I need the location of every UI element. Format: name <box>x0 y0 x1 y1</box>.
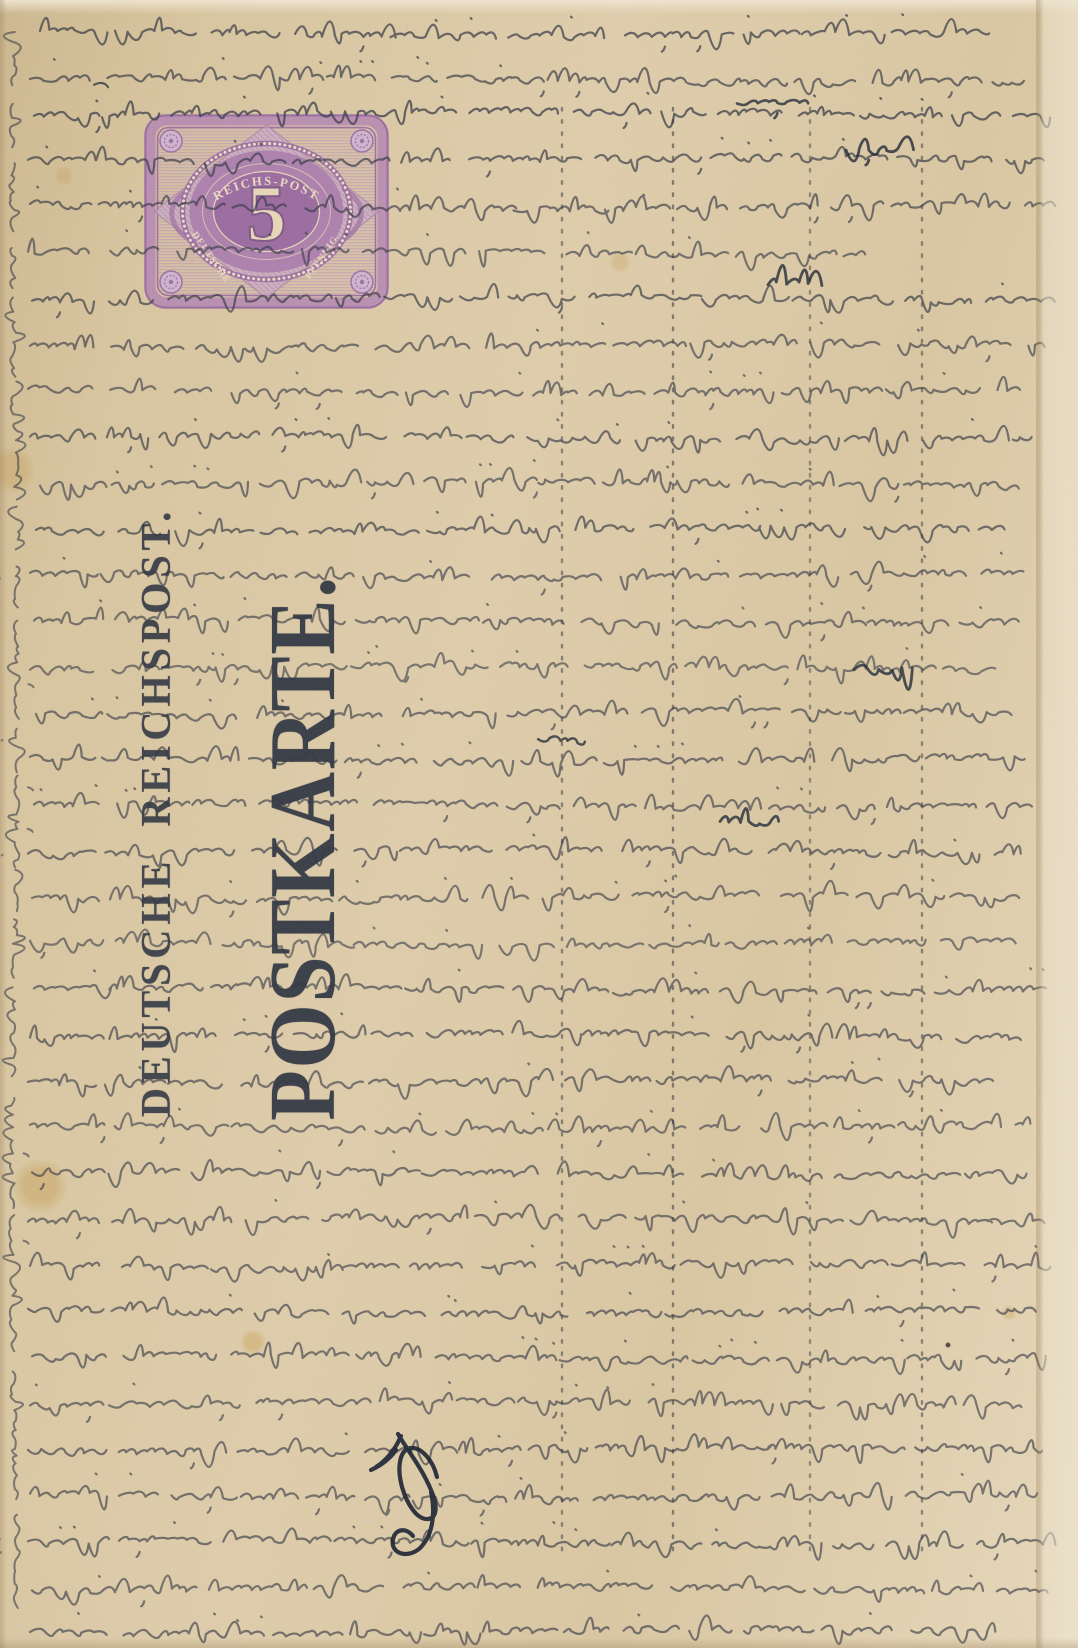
handwriting-dark-accent <box>720 808 779 825</box>
handwriting-line <box>28 1200 1045 1238</box>
handwriting-dark-accent <box>538 736 585 744</box>
handwriting-line <box>28 835 1021 870</box>
handwriting-line <box>28 372 1020 410</box>
handwriting-dark-accent <box>737 100 808 118</box>
handwriting-line <box>34 785 1032 824</box>
handwriting-line <box>40 460 1019 502</box>
handwriting-line <box>32 1151 1027 1190</box>
handwriting-line <box>30 187 1055 223</box>
handwriting-line <box>34 968 1046 1008</box>
handwriting-line <box>40 14 989 51</box>
handwriting-line <box>30 323 1045 362</box>
handwriting-dark-accent <box>846 137 914 165</box>
handwriting-line <box>30 925 1016 960</box>
margin-note-vertical <box>0 32 34 1608</box>
handwriting-line <box>32 876 1019 917</box>
postcard-scan: 5 PFENNIG 5 5 PFENNIG 5 REICHS-POST DEUT… <box>0 0 1078 1648</box>
handwriting-line <box>30 646 995 685</box>
handwriting-line <box>32 1337 1046 1374</box>
handwriting-dark-accent <box>94 83 108 87</box>
handwriting-line <box>32 284 1055 318</box>
handwriting-dark-accent <box>768 265 822 285</box>
handwriting-line <box>30 1474 1037 1516</box>
handwriting-line <box>32 1571 1048 1607</box>
handwriting-line <box>30 742 1025 777</box>
handwriting-line <box>36 696 1012 729</box>
handwriting-line <box>30 553 1023 595</box>
handwriting-line <box>28 138 1044 177</box>
handwriting-line <box>28 1432 1042 1468</box>
handwriting-line <box>34 93 1050 132</box>
handwriting-line <box>30 1109 1030 1146</box>
handwriting-line <box>30 1613 995 1645</box>
handwriting-line <box>36 509 1005 549</box>
handwriting-line <box>30 1013 1021 1052</box>
handwriting-dark-corrections <box>94 83 914 826</box>
handwriting-line <box>28 1059 993 1099</box>
address-an-flourish <box>371 1434 437 1554</box>
margin-note-line <box>0 32 34 1608</box>
handwriting-line <box>30 1382 1021 1422</box>
handwriting-line <box>34 598 1019 640</box>
handwriting-line <box>30 1246 1050 1282</box>
handwritten-message <box>0 0 1078 1648</box>
handwriting-line <box>30 57 1024 97</box>
handwriting-line <box>28 230 865 270</box>
handwriting-line <box>28 1290 1036 1327</box>
handwriting-line <box>28 1522 1056 1560</box>
handwriting-line <box>30 418 1032 455</box>
